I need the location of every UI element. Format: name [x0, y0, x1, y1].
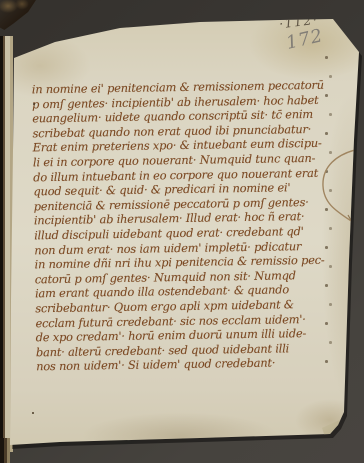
- prick-hole: [329, 265, 332, 268]
- prick-hole: [325, 322, 328, 325]
- prick-hole: [325, 132, 328, 135]
- manuscript-page: ·112· 172 in nomine ei' penitenciam & re…: [0, 0, 364, 463]
- prick-hole: [329, 303, 332, 306]
- prick-hole: [325, 56, 328, 59]
- manuscript-text-block: in nomine ei' penitenciam & remissionem …: [32, 78, 333, 374]
- ink-speck: [33, 103, 35, 105]
- prick-hole: [325, 94, 328, 97]
- prick-hole: [325, 284, 328, 287]
- photo-background: ·112· 172 in nomine ei' penitenciam & re…: [0, 0, 364, 463]
- binding-fragment-top-left: [0, 0, 36, 30]
- prick-hole: [329, 341, 332, 344]
- prick-hole: [325, 360, 328, 363]
- prick-hole: [329, 113, 332, 116]
- prick-hole: [329, 75, 332, 78]
- ink-speck: [32, 412, 34, 414]
